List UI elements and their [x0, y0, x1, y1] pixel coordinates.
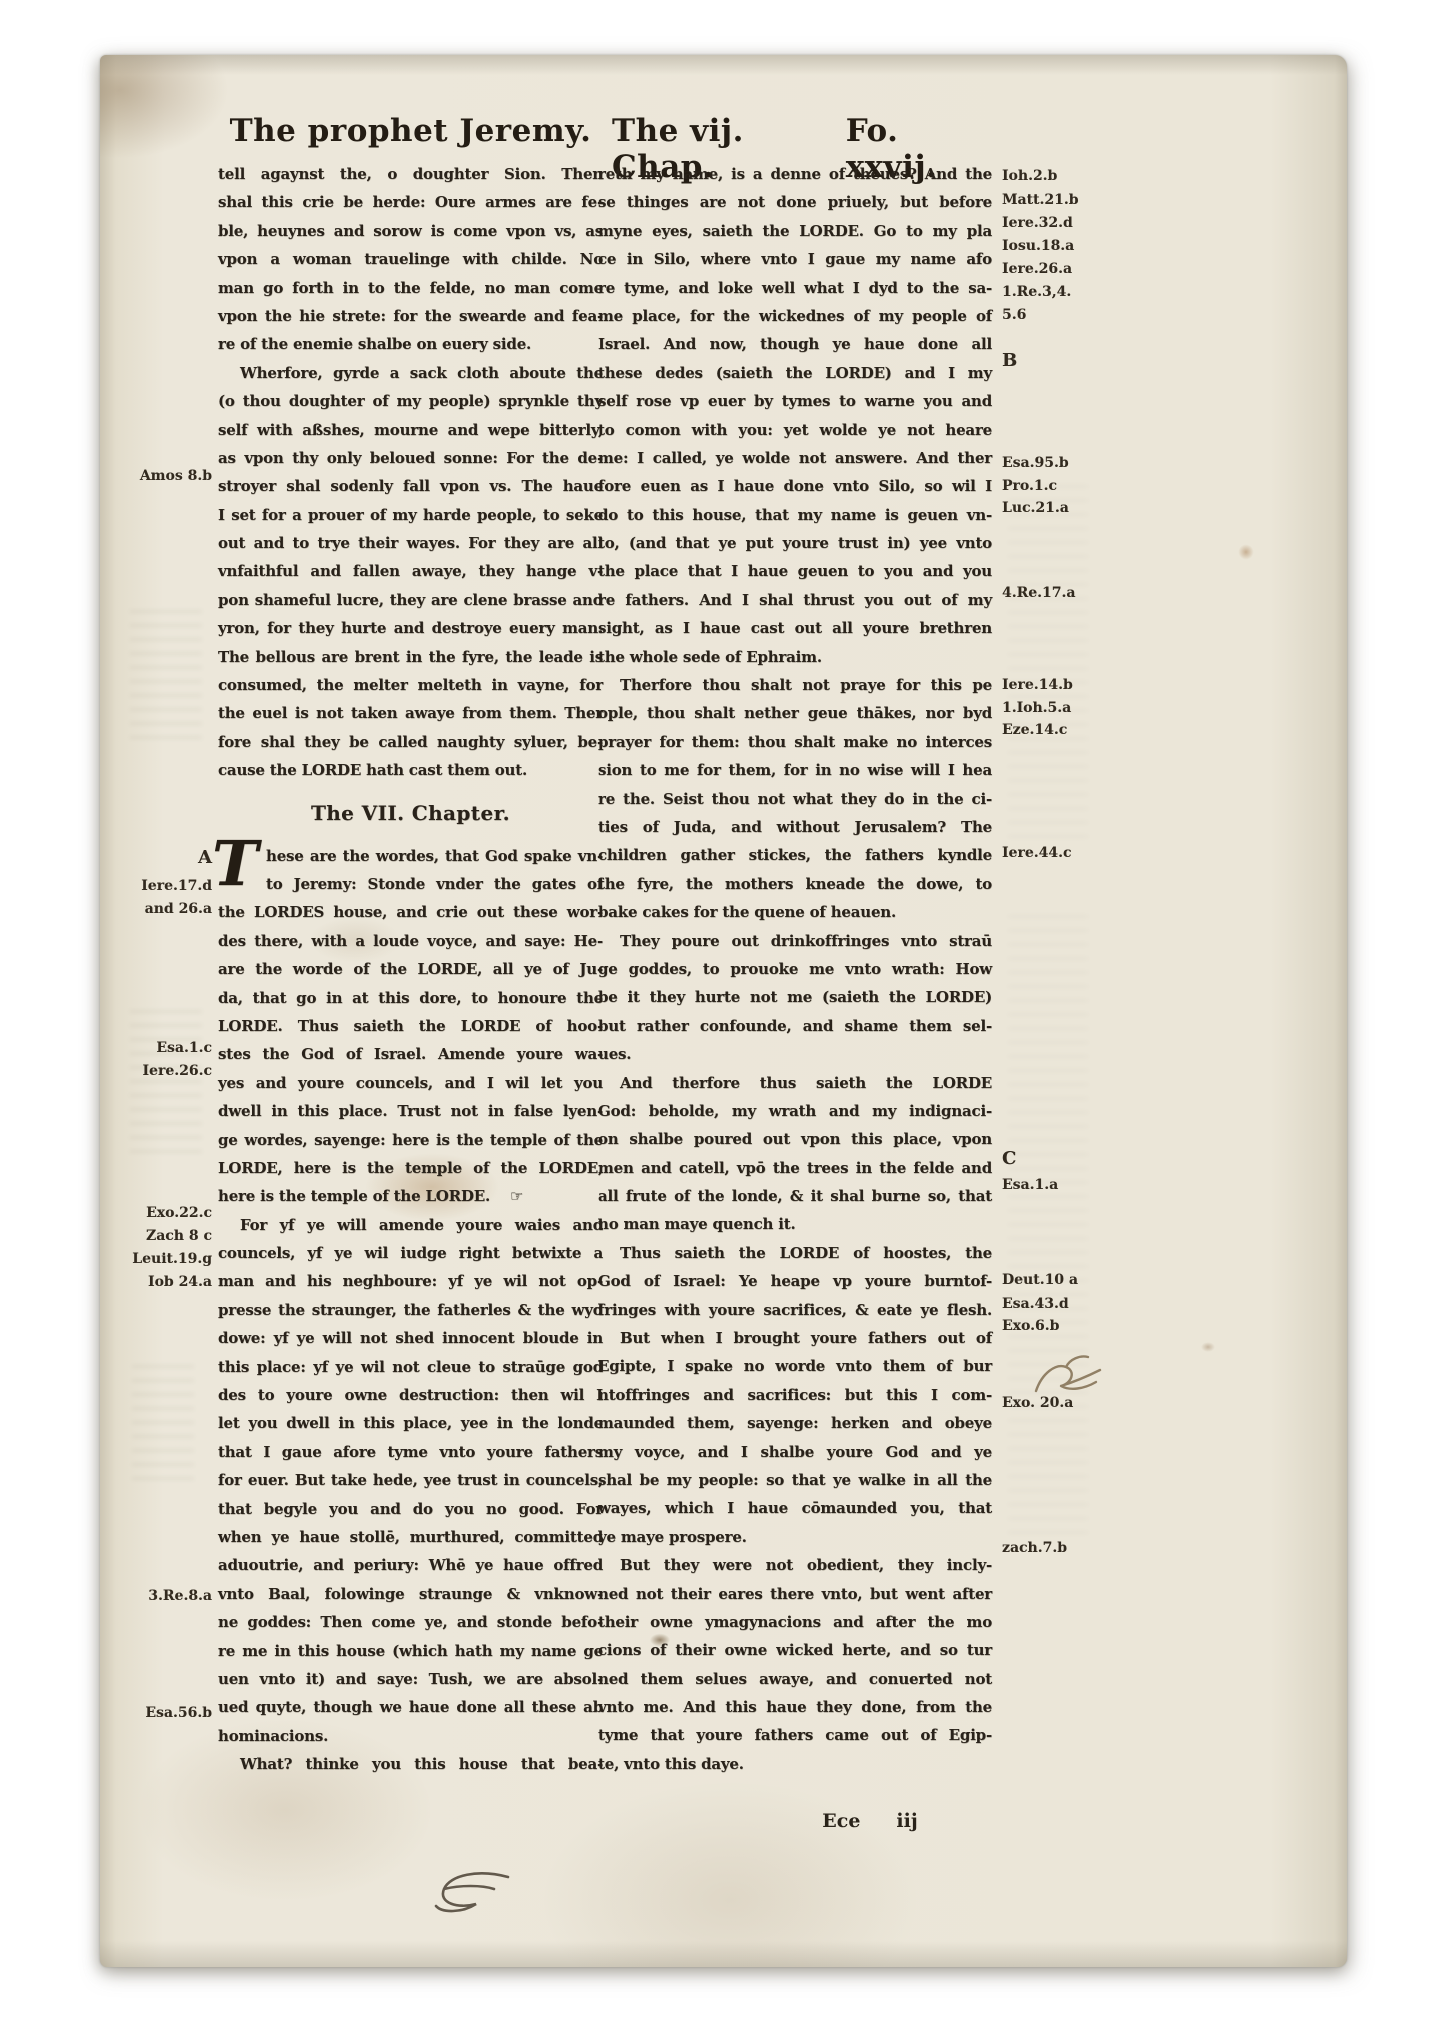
text-line: aduoutrie, and periury: Whē ye haue offr…	[218, 1551, 603, 1579]
text-line: Thus saieth the LORDE of hoostes, the	[598, 1239, 992, 1267]
text-line: What? thinke you this house that bea-	[218, 1750, 603, 1778]
text-line: to, (and that ye put youre trust in) yee…	[598, 529, 992, 557]
text-line: ople, thou shalt nether geue thākes, nor…	[598, 699, 992, 727]
text-line: Egipte, I spake no worde vnto them of bu…	[598, 1352, 992, 1380]
margin-note: and 26.a	[145, 901, 212, 917]
margin-note: Deut.10 a	[1002, 1272, 1078, 1288]
text-line: out and to trye their wayes. For they ar…	[218, 529, 603, 557]
text-line: Therfore thou shalt not praye for this p…	[598, 671, 992, 699]
margin-note: Esa.1.a	[1002, 1177, 1058, 1193]
margin-note: Matt.21.b	[1002, 192, 1079, 208]
text-line: men and catell, vpō the trees in the fel…	[598, 1154, 992, 1182]
text-line: the euel is not taken awaye from them. T…	[218, 699, 603, 727]
text-line: here is the temple of the LORDE.☞	[218, 1182, 603, 1210]
text-line: shal this crie be herde: Oure armes are …	[218, 188, 603, 216]
text-line: wayes, which I haue cōmaunded you, that	[598, 1494, 992, 1522]
text-line: let you dwell in this place, yee in the …	[218, 1409, 603, 1437]
manuscript-leaf: The prophet Jeremy. The vij. Chap. Fo. x…	[100, 55, 1347, 1967]
text-line: this place: yf ye wil not cleue to straū…	[218, 1353, 603, 1381]
text-line: as vpon thy only beloued sonne: For the …	[218, 444, 603, 472]
text-line: tyme that youre fathers came out of Egip…	[598, 1721, 992, 1749]
text-line: do to this house, that my name is geuen …	[598, 501, 992, 529]
text-line: re of the enemie shalbe on euery side.	[218, 330, 603, 358]
margin-note: Esa.95.b	[1002, 455, 1069, 471]
folio-number: Fo. xxvij.	[846, 113, 994, 161]
running-head-left: The prophet Jeremy.	[218, 113, 603, 161]
margin-note: Esa.1.c	[156, 1040, 212, 1056]
text-line: councels, yf ye wil iudge right betwixte…	[218, 1239, 603, 1267]
text-line: ge goddes, to prouoke me vnto wrath: How	[598, 955, 992, 983]
text-line: They poure out drinkoffringes vnto straū	[598, 927, 992, 955]
text-line: sight, as I haue cast out all youre bret…	[598, 614, 992, 642]
margin-notes-left: Amos 8.bAIere.17.dand 26.aEsa.1.cIere.26…	[128, 55, 212, 1967]
text-line: fore shal they be called naughty syluer,…	[218, 728, 603, 756]
margin-note: Iere.17.d	[141, 878, 212, 894]
text-line: ned not their eares there vnto, but went…	[598, 1580, 992, 1608]
margin-notes-right: Ioh.2.bMatt.21.bIere.32.dIosu.18.aIere.2…	[1002, 55, 1092, 1967]
margin-note: Esa.56.b	[145, 1705, 212, 1721]
text-line: ties of Juda, and without Jerusalem? The	[598, 813, 992, 841]
margin-note: Iere.44.c	[1002, 845, 1072, 861]
text-line: be it they hurte not me (saieth the LORD…	[598, 983, 992, 1011]
text-line: my voyce, and I shalbe youre God and ye	[598, 1438, 992, 1466]
text-line: LORDE. Thus saieth the LORDE of hoo-	[218, 1012, 603, 1040]
text-line: shal be my people: so that ye walke in a…	[598, 1466, 992, 1494]
text-line: prayer for them: thou shalt make no inte…	[598, 728, 992, 756]
text-line: vnfaithful and fallen awaye, they hange …	[218, 557, 603, 585]
printer-mark-icon: ☞	[510, 1187, 523, 1205]
text-line: fringes with youre sacrifices, & eate ye…	[598, 1296, 992, 1324]
text-line: are the worde of the LORDE, all ye of Ju…	[218, 955, 603, 983]
text-line: their owne ymagynacions and after the mo	[598, 1608, 992, 1636]
text-line: And therfore thus saieth the LORDE	[598, 1069, 992, 1097]
text-line: vpon the hie strete: for the swearde and…	[218, 302, 603, 330]
margin-note: 3.Re.8.a	[148, 1588, 212, 1604]
margin-note: Iere.26.c	[143, 1063, 213, 1079]
text-line: that begyle you and do you no good. For	[218, 1495, 603, 1523]
text-line: consumed, the melter melteth in vayne, f…	[218, 671, 603, 699]
text-line: stes the God of Israel. Amende youre wa-	[218, 1040, 603, 1068]
margin-note: Ioh.2.b	[1002, 168, 1057, 184]
margin-note: 5.6	[1002, 307, 1026, 323]
text-line: ne goddes: Then come ye, and stonde befo…	[218, 1608, 603, 1636]
text-line: ble, heuynes and sorow is come vpon vs, …	[218, 217, 603, 245]
margin-note: C	[1002, 1151, 1016, 1167]
text-line: tell agaynst the, o doughter Sion. Then	[218, 160, 603, 188]
text-line: hese are the wordes, that God spake vn-	[218, 842, 603, 870]
text-line: that I gaue afore tyme vnto youre father…	[218, 1438, 603, 1466]
margin-note: Esa.43.d	[1002, 1296, 1069, 1312]
text-line: me: I called, ye wolde not answere. And …	[598, 444, 992, 472]
margin-note: 1.Ioh.5.a	[1002, 700, 1071, 716]
text-line: sion to me for them, for in no wise will…	[598, 756, 992, 784]
text-line: the whole sede of Ephraim.	[598, 643, 992, 671]
text-line: vpon a woman trauelinge with childe. No	[218, 245, 603, 273]
text-line: yron, for they hurte and destroye euery …	[218, 614, 603, 642]
text-line: hominacions.	[218, 1722, 603, 1750]
running-head-right: The vij. Chap. Fo. xxvij.	[598, 113, 998, 161]
text-line: But they were not obedient, they incly-	[598, 1551, 992, 1579]
margin-note: Exo.22.c	[146, 1205, 212, 1221]
text-line: the place that I haue geuen to you and y…	[598, 557, 992, 585]
margin-note: 1.Re.3,4.	[1002, 284, 1071, 300]
text-line: des there, with a loude voyce, and saye:…	[218, 927, 603, 955]
text-line: me place, for the wickednes of my people…	[598, 302, 992, 330]
text-line: to Jeremy: Stonde vnder the gates of	[218, 870, 603, 898]
margin-note: Iere.26.a	[1002, 261, 1072, 277]
text-line: cions of their owne wicked herte, and so…	[598, 1636, 992, 1664]
text-line: when ye haue stollē, murthured, committe…	[218, 1523, 603, 1551]
margin-note: Luc.21.a	[1002, 500, 1069, 516]
text-line: I set for a prouer of my harde people, t…	[218, 501, 603, 529]
text-line: ye maye prospere.	[598, 1523, 992, 1551]
margin-note: Leuit.19.g	[132, 1251, 212, 1267]
text-line: (o thou doughter of my people) sprynkle …	[218, 387, 603, 415]
text-line: uen vnto it) and saye: Tush, we are abso…	[218, 1665, 603, 1693]
text-column-right: reth my name, is a denne of theues? And …	[598, 160, 992, 1778]
jeremiah-6-text: tell agaynst the, o doughter Sion. Thens…	[218, 160, 603, 785]
text-line: God of Israel: Ye heape vp youre burntof…	[598, 1267, 992, 1295]
text-line: self with aßshes, mourne and wepe bitter…	[218, 416, 603, 444]
text-line: vnto Baal, folowinge straunge & vnknow-	[218, 1580, 603, 1608]
chapter-heading: The VII. Chapter.	[218, 785, 603, 842]
text-line: ge wordes, sayenge: here is the temple o…	[218, 1126, 603, 1154]
margin-note: Pro.1.c	[1002, 478, 1057, 494]
text-line: but rather confounde, and shame them sel…	[598, 1012, 992, 1040]
signature-mark: Ece iij	[740, 1810, 1000, 1832]
text-line: reth my name, is a denne of theues? And …	[598, 160, 992, 188]
text-line: myne eyes, saieth the LORDE. Go to my pl…	[598, 217, 992, 245]
text-line: yes and youre councels, and I wil let yo…	[218, 1069, 603, 1097]
text-line: re the. Seist thou not what they do in t…	[598, 785, 992, 813]
margin-note: Amos 8.b	[140, 468, 212, 484]
text-line: For yf ye will amende youre waies and	[218, 1211, 603, 1239]
margin-note: B	[1002, 353, 1017, 369]
text-line: fore euen as I haue done vnto Silo, so w…	[598, 472, 992, 500]
text-line: to comon with you: yet wolde ye not hear…	[598, 416, 992, 444]
text-line: ues.	[598, 1040, 992, 1068]
margin-note: Iosu.18.a	[1002, 238, 1074, 254]
text-line: cause the LORDE hath cast them out.	[218, 756, 603, 784]
text-line: re me in this house (which hath my name …	[218, 1637, 603, 1665]
text-line: children gather stickes, the fathers kyn…	[598, 841, 992, 869]
margin-note: Iere.32.d	[1002, 215, 1073, 231]
ink-flourish-icon	[430, 1867, 522, 1919]
text-line: ce in Silo, where vnto I gaue my name af…	[598, 245, 992, 273]
drop-cap-initial: T	[212, 834, 258, 894]
text-line: te, vnto this daye.	[598, 1750, 992, 1778]
text-line: ued quyte, though we haue done all these…	[218, 1693, 603, 1721]
margin-note: Zach 8 c	[146, 1228, 212, 1244]
text-line: God: beholde, my wrath and my indignaci-	[598, 1097, 992, 1125]
text-line: des to youre owne destruction: then wil …	[218, 1381, 603, 1409]
text-line: re fathers. And I shal thrust you out of…	[598, 586, 992, 614]
text-line: But when I brought youre fathers out of	[598, 1324, 992, 1352]
text-line: re tyme, and loke well what I dyd to the…	[598, 274, 992, 302]
text-line: Israel. And now, though ye haue done all	[598, 330, 992, 358]
text-line: ntoffringes and sacrifices: but this I c…	[598, 1381, 992, 1409]
jeremiah-7-text-continued: reth my name, is a denne of theues? And …	[598, 160, 992, 1778]
text-line: Wherfore, gyrde a sack cloth aboute the	[218, 359, 603, 387]
text-line: dowe: yf ye will not shed innocent bloud…	[218, 1324, 603, 1352]
jeremiah-7-text: T hese are the wordes, that God spake vn…	[218, 842, 603, 1779]
margin-note: Iob 24.a	[148, 1274, 212, 1290]
text-line: these dedes (saieth the LORDE) and I my	[598, 359, 992, 387]
signature-leaf: iij	[896, 1810, 917, 1832]
text-line: man go forth in to the felde, no man com…	[218, 274, 603, 302]
text-line: self rose vp euer by tymes to warne you …	[598, 387, 992, 415]
margin-note: Iere.14.b	[1002, 677, 1073, 693]
text-line: The bellous are brent in the fyre, the l…	[218, 643, 603, 671]
margin-note: Exo. 20.a	[1002, 1395, 1073, 1411]
margin-note: A	[198, 850, 212, 866]
text-line: all frute of the londe, & it shal burne …	[598, 1182, 992, 1210]
text-column-left: tell agaynst the, o doughter Sion. Thens…	[218, 160, 603, 1778]
margin-note: zach.7.b	[1002, 1540, 1067, 1556]
text-line: stroyer shal sodenly fall vpon vs. The h…	[218, 472, 603, 500]
text-line: maunded them, sayenge: herken and obeye	[598, 1409, 992, 1437]
text-line: no man maye quench it.	[598, 1210, 992, 1238]
text-line: presse the straunger, the fatherles & th…	[218, 1296, 603, 1324]
text-line: pon shameful lucre, they are clene brass…	[218, 586, 603, 614]
text-line: the fyre, the mothers kneade the dowe, t…	[598, 870, 992, 898]
margin-note: Exo.6.b	[1002, 1318, 1059, 1334]
text-line: on shalbe poured out vpon this place, vp…	[598, 1125, 992, 1153]
text-line: ned them selues awaye, and conuerted not	[598, 1665, 992, 1693]
text-line: se thinges are not done priuely, but bef…	[598, 188, 992, 216]
text-line: man and his neghboure: yf ye wil not op-	[218, 1267, 603, 1295]
text-line: the LORDES house, and crie out these wor…	[218, 898, 603, 926]
text-line: dwell in this place. Trust not in false …	[218, 1097, 603, 1125]
text-line: da, that go in at this dore, to honoure …	[218, 984, 603, 1012]
text-line: for euer. But take hede, yee trust in co…	[218, 1466, 603, 1494]
signature-gathering: Ece	[822, 1810, 860, 1832]
text-line: bake cakes for the quene of heauen.	[598, 898, 992, 926]
margin-note: Eze.14.c	[1002, 722, 1067, 738]
margin-note: 4.Re.17.a	[1002, 585, 1075, 601]
text-line: vnto me. And this haue they done, from t…	[598, 1693, 992, 1721]
text-line: LORDE, here is the temple of the LORDE,	[218, 1154, 603, 1182]
jeremiah-7-lines: hese are the wordes, that God spake vn-t…	[218, 842, 603, 1779]
running-head-chapter: The vij. Chap.	[612, 113, 846, 161]
